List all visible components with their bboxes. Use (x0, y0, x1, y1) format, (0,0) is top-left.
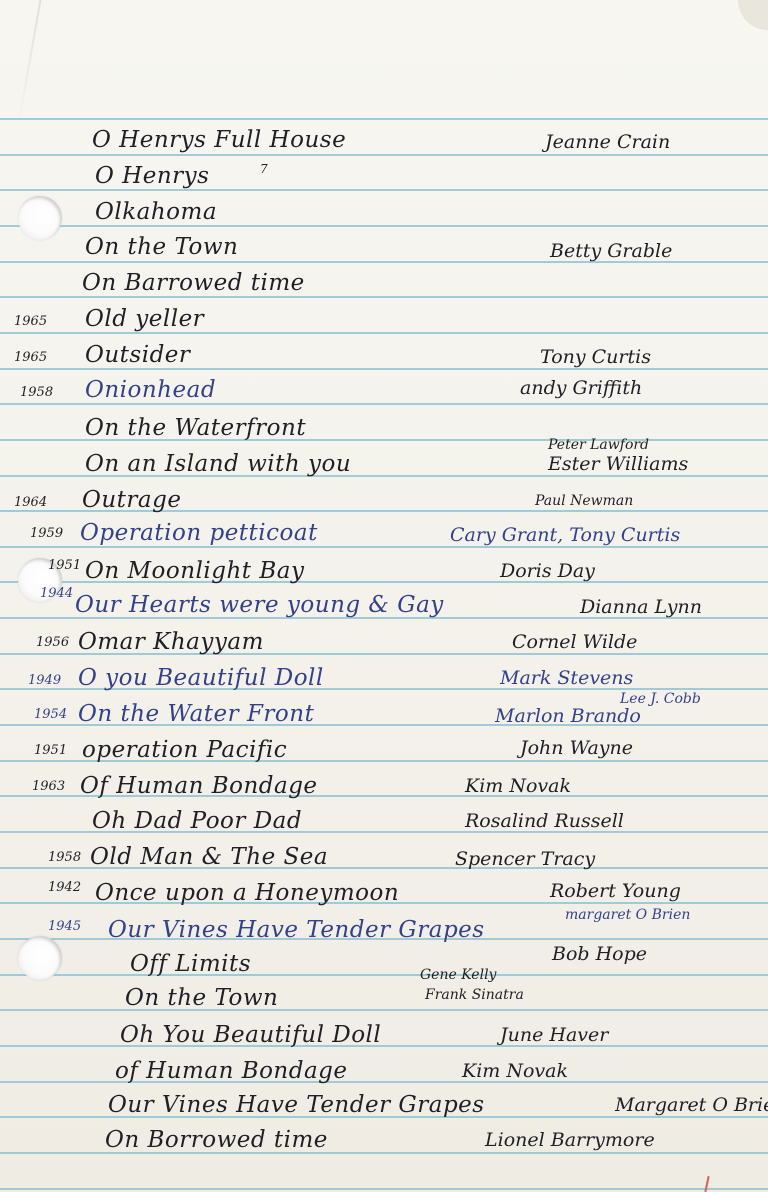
film-cast: Jeanne Crain (545, 131, 670, 153)
film-cast: Rosalind Russell (465, 810, 624, 832)
entry-row: On the Town Betty Grable (0, 230, 768, 266)
entry-row: Oh You Beautiful Doll June Haver (0, 1016, 768, 1052)
entry-row: On an Island with you Peter Lawford Este… (0, 445, 768, 481)
film-cast: Spencer Tracy (455, 848, 595, 870)
film-cast-secondary: margaret O Brien (565, 907, 690, 923)
film-title: Onionhead (85, 377, 216, 403)
entry-row: O Henrys Full House Jeanne Crain (0, 123, 768, 159)
film-cast: Dianna Lynn (580, 596, 702, 618)
page-corner-curl (738, 0, 768, 30)
film-title: On the Town (125, 985, 278, 1011)
film-title: O Henrys (95, 163, 209, 189)
film-cast: andy Griffith (520, 377, 642, 399)
film-cast: Kim Novak (462, 1060, 568, 1082)
entry-row: Off Limits Bob Hope (0, 945, 768, 981)
entry-row: Oh Dad Poor Dad Rosalind Russell (0, 802, 768, 838)
film-cast: Ester Williams (548, 453, 688, 475)
entry-row: 1956 Omar Khayyam Cornel Wilde (0, 623, 768, 659)
film-year: 1964 (14, 495, 47, 510)
film-title: On Borrowed time (105, 1127, 328, 1153)
entry-row: 1949 O you Beautiful Doll Mark Stevens (0, 659, 768, 695)
entry-row: 1945 Our Vines Have Tender Grapes margar… (0, 909, 768, 945)
film-year: 1959 (30, 526, 63, 541)
film-title: operation Pacific (82, 737, 287, 763)
film-cast: Margaret O Brien (615, 1094, 768, 1116)
film-cast: June Haver (500, 1024, 608, 1046)
film-title: On the Town (85, 234, 238, 260)
film-title: Outsider (85, 342, 190, 368)
paper-fold-crease (17, 0, 42, 130)
film-title: Old Man & The Sea (90, 844, 328, 870)
film-cast: Lionel Barrymore (485, 1129, 655, 1151)
film-cast: John Wayne (520, 737, 633, 759)
entry-row: On Barrowed time (0, 266, 768, 302)
film-title: Oh Dad Poor Dad (92, 808, 302, 834)
film-year: 1949 (28, 673, 61, 688)
film-year: 1956 (36, 635, 69, 650)
film-year: 1965 (14, 350, 47, 365)
entry-row: 1958 Old Man & The Sea Spencer Tracy (0, 838, 768, 874)
film-year: 1958 (20, 385, 53, 400)
film-year: 1944 (40, 586, 73, 601)
film-cast: Marlon Brando (495, 705, 641, 727)
entry-row: 1958 Onionhead andy Griffith (0, 373, 768, 409)
film-cast: Betty Grable (550, 240, 672, 262)
entry-row: 1963 Of Human Bondage Kim Novak (0, 767, 768, 803)
film-title: Once upon a Honeymoon (95, 880, 399, 906)
film-year: 1951 (48, 558, 81, 573)
entry-row: 1942 Once upon a Honeymoon Robert Young (0, 874, 768, 910)
film-title: On an Island with you (85, 451, 351, 477)
entry-row: 1944 Our Hearts were young & Gay Dianna … (0, 588, 768, 624)
film-cast-secondary: Peter Lawford (548, 437, 649, 453)
film-title: Operation petticoat (80, 520, 318, 546)
film-title: Our Hearts were young & Gay (75, 592, 444, 618)
film-title: Our Vines Have Tender Grapes (108, 917, 485, 943)
notebook-page: 7 O Henrys Full House Jeanne Crain O Hen… (0, 0, 768, 1192)
entry-row: On the Waterfront (0, 409, 768, 445)
film-cast: Robert Young (550, 880, 681, 902)
film-title: of Human Bondage (115, 1058, 348, 1084)
film-cast: Cornel Wilde (512, 631, 637, 653)
entry-row: 1964 Outrage Paul Newman (0, 481, 768, 517)
film-title: O Henrys Full House (92, 127, 346, 153)
entry-row: 1951 On Moonlight Bay Doris Day (0, 552, 768, 588)
film-cast: Mark Stevens (500, 667, 633, 689)
film-title: Omar Khayyam (78, 629, 264, 655)
film-year: 1945 (48, 919, 81, 934)
film-title: O you Beautiful Doll (78, 665, 324, 691)
entry-row: 1951 operation Pacific John Wayne (0, 731, 768, 767)
entry-row: On Borrowed time Lionel Barrymore (0, 1123, 768, 1159)
film-year: 1965 (14, 314, 47, 329)
film-cast: Bob Hope (552, 943, 647, 965)
film-year: 1963 (32, 779, 65, 794)
entry-row: 1954 On the Water Front Lee J. Cobb Marl… (0, 695, 768, 731)
red-pen-mark (704, 1176, 709, 1192)
film-year: 1942 (48, 880, 81, 895)
film-cast-secondary: Gene Kelly (420, 967, 496, 983)
film-title: On Moonlight Bay (85, 558, 304, 584)
entry-row: O Henrys (0, 159, 768, 195)
film-year: 1951 (34, 743, 67, 758)
film-title: On the Water Front (78, 701, 314, 727)
entry-row: Our Vines Have Tender Grapes Margaret O … (0, 1088, 768, 1124)
film-cast: Cary Grant, Tony Curtis (450, 524, 680, 546)
entry-row: Olkahoma (0, 195, 768, 231)
film-title: On Barrowed time (82, 270, 305, 296)
film-cast: Frank Sinatra (425, 987, 524, 1003)
film-title: Our Vines Have Tender Grapes (108, 1092, 485, 1118)
entry-row: 1965 Old yeller (0, 302, 768, 338)
film-title: Off Limits (130, 951, 251, 977)
entry-row: 1959 Operation petticoat Cary Grant, Ton… (0, 516, 768, 552)
film-year: 1958 (48, 850, 81, 865)
film-title: Olkahoma (95, 199, 217, 225)
film-title: Of Human Bondage (80, 773, 318, 799)
film-title: Old yeller (85, 306, 204, 332)
film-title: Oh You Beautiful Doll (120, 1022, 381, 1048)
entry-row: On the Town Gene Kelly Frank Sinatra (0, 981, 768, 1017)
ruled-line (0, 1188, 768, 1190)
film-cast: Tony Curtis (540, 346, 651, 368)
ruled-line (0, 118, 768, 120)
entry-row: of Human Bondage Kim Novak (0, 1052, 768, 1088)
film-cast: Kim Novak (465, 775, 571, 797)
film-title: On the Waterfront (85, 415, 306, 441)
film-title: Outrage (82, 487, 181, 513)
film-cast: Doris Day (500, 560, 595, 582)
film-cast: Paul Newman (535, 493, 633, 509)
film-year: 1954 (34, 707, 67, 722)
entry-row: 1965 Outsider Tony Curtis (0, 338, 768, 374)
